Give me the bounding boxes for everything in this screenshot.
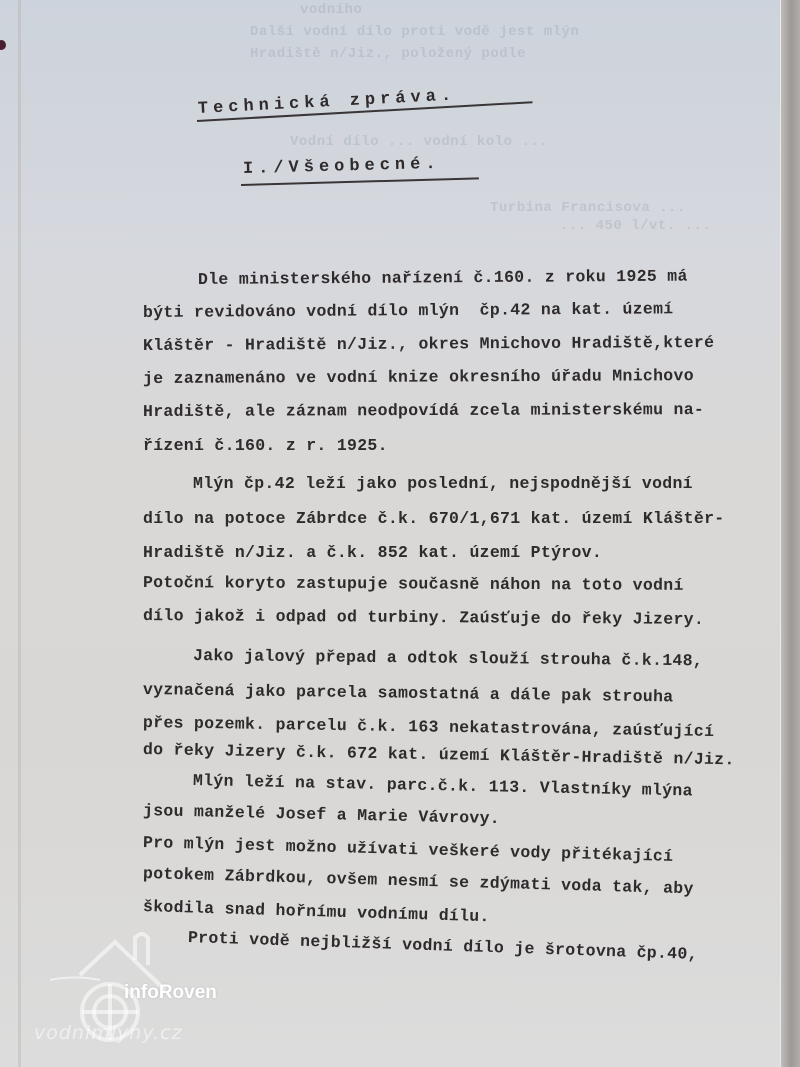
- body-line: Hradiště n/Jiz. a č.k. 852 kat. území Pt…: [143, 543, 602, 562]
- bleed-through-text: ... 450 l/vt. ...: [560, 218, 711, 234]
- body-line: dílo jakož i odpad od turbiny. Zaúsťuje …: [143, 606, 704, 629]
- document-page: vodního Další vodní dílo proti vodě jest…: [0, 0, 780, 1067]
- body-line: Jako jalový přepad a odtok slouží strouh…: [193, 646, 703, 670]
- section-heading: I./Všeobecné.: [243, 155, 441, 179]
- body-line: Mlýn leží na stav. parc.č.k. 113. Vlastn…: [193, 771, 693, 800]
- body-line: Pro mlýn jest možno užívati veškeré vody…: [143, 833, 674, 866]
- body-line: potokem Zábrdkou, ovšem nesmí se zdýmati…: [143, 864, 694, 898]
- body-line: řízení č.160. z r. 1925.: [143, 436, 388, 455]
- page-edge: [780, 0, 800, 1067]
- bleed-through-text: Vodní dílo ... vodní kolo ...: [290, 134, 548, 150]
- body-line: Kláštěr - Hradiště n/Jiz., okres Mnichov…: [143, 333, 714, 355]
- body-line: přes pozemk. parcelu č.k. 163 nekatastro…: [143, 713, 715, 741]
- watermark-brand: infoRoven: [124, 982, 217, 1004]
- body-line: dílo na potoce Zábrdce č.k. 670/1,671 ka…: [143, 509, 725, 528]
- body-line: Potoční koryto zastupuje současně náhon …: [143, 573, 684, 595]
- body-line: Mlýn čp.42 leží jako poslední, nejspodně…: [193, 474, 693, 493]
- body-line: je zaznamenáno ve vodní knize okresního …: [143, 366, 694, 388]
- punch-hole: [0, 40, 6, 50]
- bleed-through-text: Hradiště n/Jiz., položený podle: [250, 46, 526, 62]
- body-line: Proti vodě nejbližší vodní dílo je šroto…: [188, 928, 698, 964]
- bleed-through-text: Další vodní dílo proti vodě jest mlýn: [250, 24, 579, 40]
- body-line: vyznačená jako parcela samostatná a dále…: [143, 680, 674, 706]
- body-line: jsou manželé Josef a Marie Vávrovy.: [143, 801, 500, 828]
- body-line: do řeky Jizery č.k. 672 kat. území Klášt…: [143, 740, 735, 769]
- body-line: Dle ministerského nařízení č.160. z roku…: [198, 267, 688, 289]
- section-underline: [241, 177, 479, 186]
- watermark-site: vodnimlyny.cz: [34, 1022, 183, 1044]
- bleed-through-text: Turbina Francisova ...: [490, 200, 686, 216]
- body-line: Hradiště, ale záznam neodpovídá zcela mi…: [143, 400, 704, 421]
- body-line: býti revidováno vodní dílo mlýn čp.42 na…: [143, 299, 674, 322]
- bleed-through-text: vodního: [300, 2, 362, 18]
